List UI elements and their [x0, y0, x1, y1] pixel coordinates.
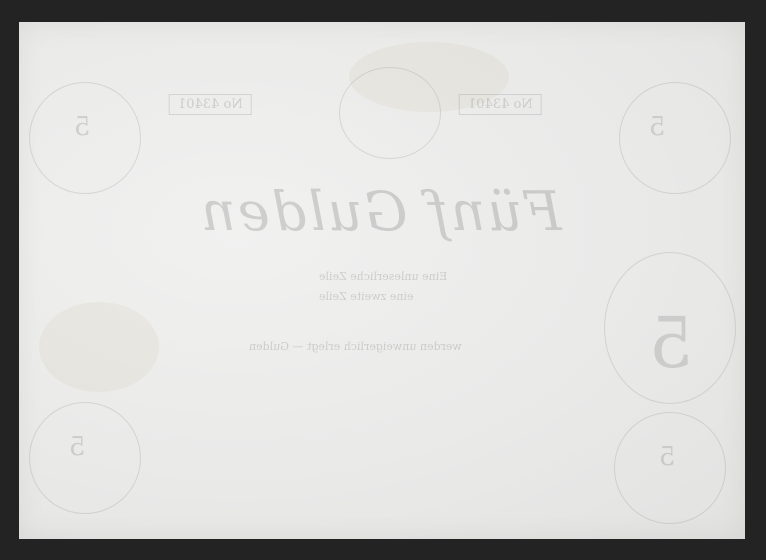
corner-rosette: [619, 82, 731, 194]
denomination-numeral: 5: [659, 442, 676, 472]
denomination-numeral: 5: [649, 112, 666, 142]
center-medallion: [339, 67, 441, 159]
banknote-reverse: 5 5 5 5 5 No 43401 No 43401 Fünf Gulden …: [19, 22, 745, 539]
text-line: werden unweigerlich erlegt — Gulden: [249, 340, 462, 353]
note-title: Fünf Gulden: [199, 180, 562, 243]
paper-stain: [39, 302, 159, 392]
denomination-numeral: 5: [74, 112, 91, 142]
serial-number-right: No 43401: [459, 94, 542, 115]
text-line: eine zweite Zeile: [319, 290, 413, 303]
denomination-numeral: 5: [69, 432, 86, 462]
text-line: Eine unleserliche Zeile: [319, 270, 447, 283]
serial-number-left: No 43401: [169, 94, 252, 115]
large-denomination-numeral: 5: [649, 302, 694, 384]
